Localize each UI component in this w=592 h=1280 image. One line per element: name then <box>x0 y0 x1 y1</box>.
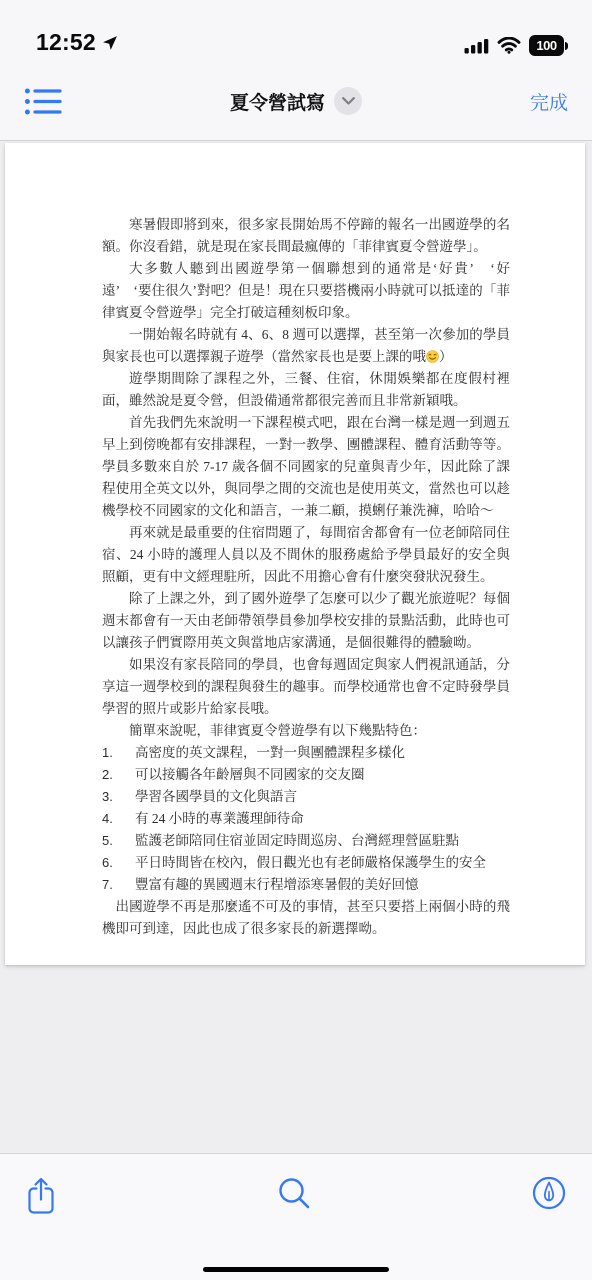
page-title: 夏令營試寫 <box>230 88 325 115</box>
paragraph: 一開始報名時就有 4、6、8 週可以選擇，甚至第一次參加的學員與家長也可以選擇親… <box>102 324 510 368</box>
share-icon <box>26 1176 56 1215</box>
list-text: 有 24 小時的專業護理師待命 <box>135 808 510 830</box>
list-text: 可以接觸各年齡層與不同國家的交友圈 <box>135 764 510 786</box>
list-number: 5. <box>102 830 135 852</box>
list-text: 監護老師陪同住宿並固定時間巡房、台灣經理營區駐點 <box>135 830 510 852</box>
feature-list-item: 6. 平日時間皆在校內，假日觀光也有老師嚴格保護學生的安全 <box>102 852 510 874</box>
smiling-face-emoji <box>426 350 439 363</box>
document-body: 寒暑假即將到來，很多家長開始馬不停蹄的報名一出國遊學的名額。你沒看錯，就是現在家… <box>102 214 510 940</box>
list-number: 7. <box>102 874 135 896</box>
feature-list-item: 4. 有 24 小時的專業護理師待命 <box>102 808 510 830</box>
list-number: 4. <box>102 808 135 830</box>
share-button[interactable] <box>26 1176 56 1215</box>
paragraph: 遊學期間除了課程之外，三餐、住宿，休閒娛樂都在度假村裡面，雖然說是夏令營，但設備… <box>102 368 510 412</box>
battery-level: 100 <box>529 35 564 56</box>
wifi-icon <box>497 37 521 54</box>
list-number: 3. <box>102 786 135 808</box>
paragraph: 大多數人聽到出國遊學第一個聯想到的通常是‘好貴’ ‘好遠’ ‘要住很久’對吧？但… <box>102 258 510 324</box>
closing-paragraph: 出國遊學不再是那麼遙不可及的事情，甚至只要搭上兩個小時的飛機即可到達，因此也成了… <box>102 896 510 940</box>
cellular-signal-icon <box>464 38 489 54</box>
list-text: 平日時間皆在校內，假日觀光也有老師嚴格保護學生的安全 <box>135 852 510 874</box>
paragraph: 除了上課之外，到了國外遊學了怎麼可以少了觀光旅遊呢？每個週末都會有一天由老師帶領… <box>102 588 510 654</box>
list-number: 1. <box>102 742 135 764</box>
document-page[interactable]: 寒暑假即將到來，很多家長開始馬不停蹄的報名一出國遊學的名額。你沒看錯，就是現在家… <box>5 143 585 965</box>
document-canvas[interactable]: 寒暑假即將到來，很多家長開始馬不停蹄的報名一出國遊學的名額。你沒看錯，就是現在家… <box>0 141 592 1153</box>
paragraph: 再來就是最重要的住宿問題了，每間宿舍都會有一位老師陪同住宿、24 小時的護理人員… <box>102 522 510 588</box>
list-text: 學習各國學員的文化與語言 <box>135 786 510 808</box>
feature-list-item: 2. 可以接觸各年齡層與不同國家的交友圈 <box>102 764 510 786</box>
bottom-toolbar <box>0 1153 592 1280</box>
bulleted-list-icon <box>24 86 62 117</box>
feature-list-item: 3. 學習各國學員的文化與語言 <box>102 786 510 808</box>
paragraph: 首先我們先來說明一下課程模式吧，跟在台灣一樣是週一到週五早上到傍晚都有安排課程，… <box>102 412 510 522</box>
chevron-down-icon <box>342 97 355 105</box>
search-icon <box>277 1176 311 1210</box>
done-button[interactable]: 完成 <box>530 88 568 115</box>
list-number: 2. <box>102 764 135 786</box>
home-indicator[interactable] <box>203 1267 389 1272</box>
status-bar: 12:52 <box>0 0 592 62</box>
app-screen: 12:52 <box>0 0 592 1280</box>
paragraph: 寒暑假即將到來，很多家長開始馬不停蹄的報名一出國遊學的名額。你沒看錯，就是現在家… <box>102 214 510 258</box>
document-title-menu[interactable]: 夏令營試寫 <box>230 87 362 115</box>
battery-icon: 100 <box>529 35 568 56</box>
list-text: 高密度的英文課程，一對一與團體課程多樣化 <box>135 742 510 764</box>
paragraph: 簡單來說呢，菲律賓夏令營遊學有以下幾點特色： <box>102 720 510 742</box>
title-chevron-button[interactable] <box>334 87 362 115</box>
search-button[interactable] <box>277 1176 311 1210</box>
feature-list-item: 5. 監護老師陪同住宿並固定時間巡房、台灣經理營區駐點 <box>102 830 510 852</box>
battery-nub <box>565 42 568 50</box>
feature-list-item: 1. 高密度的英文課程，一對一與團體課程多樣化 <box>102 742 510 764</box>
nav-bar: 夏令營試寫 完成 <box>0 62 592 141</box>
markup-button[interactable] <box>532 1176 566 1210</box>
status-right: 100 <box>464 35 568 56</box>
paragraph-text: ） <box>439 349 453 364</box>
markup-pen-icon <box>532 1176 566 1210</box>
document-list-button[interactable] <box>24 86 62 117</box>
list-text: 豐富有趣的異國週末行程增添寒暑假的美好回憶 <box>135 874 510 896</box>
status-time: 12:52 <box>36 29 96 56</box>
location-arrow-icon <box>102 35 118 51</box>
list-number: 6. <box>102 852 135 874</box>
feature-list-item: 7. 豐富有趣的異國週末行程增添寒暑假的美好回憶 <box>102 874 510 896</box>
status-left: 12:52 <box>36 29 118 56</box>
paragraph: 如果沒有家長陪同的學員，也會每週固定與家人們視訊通話，分享這一週學校到的課程與發… <box>102 654 510 720</box>
